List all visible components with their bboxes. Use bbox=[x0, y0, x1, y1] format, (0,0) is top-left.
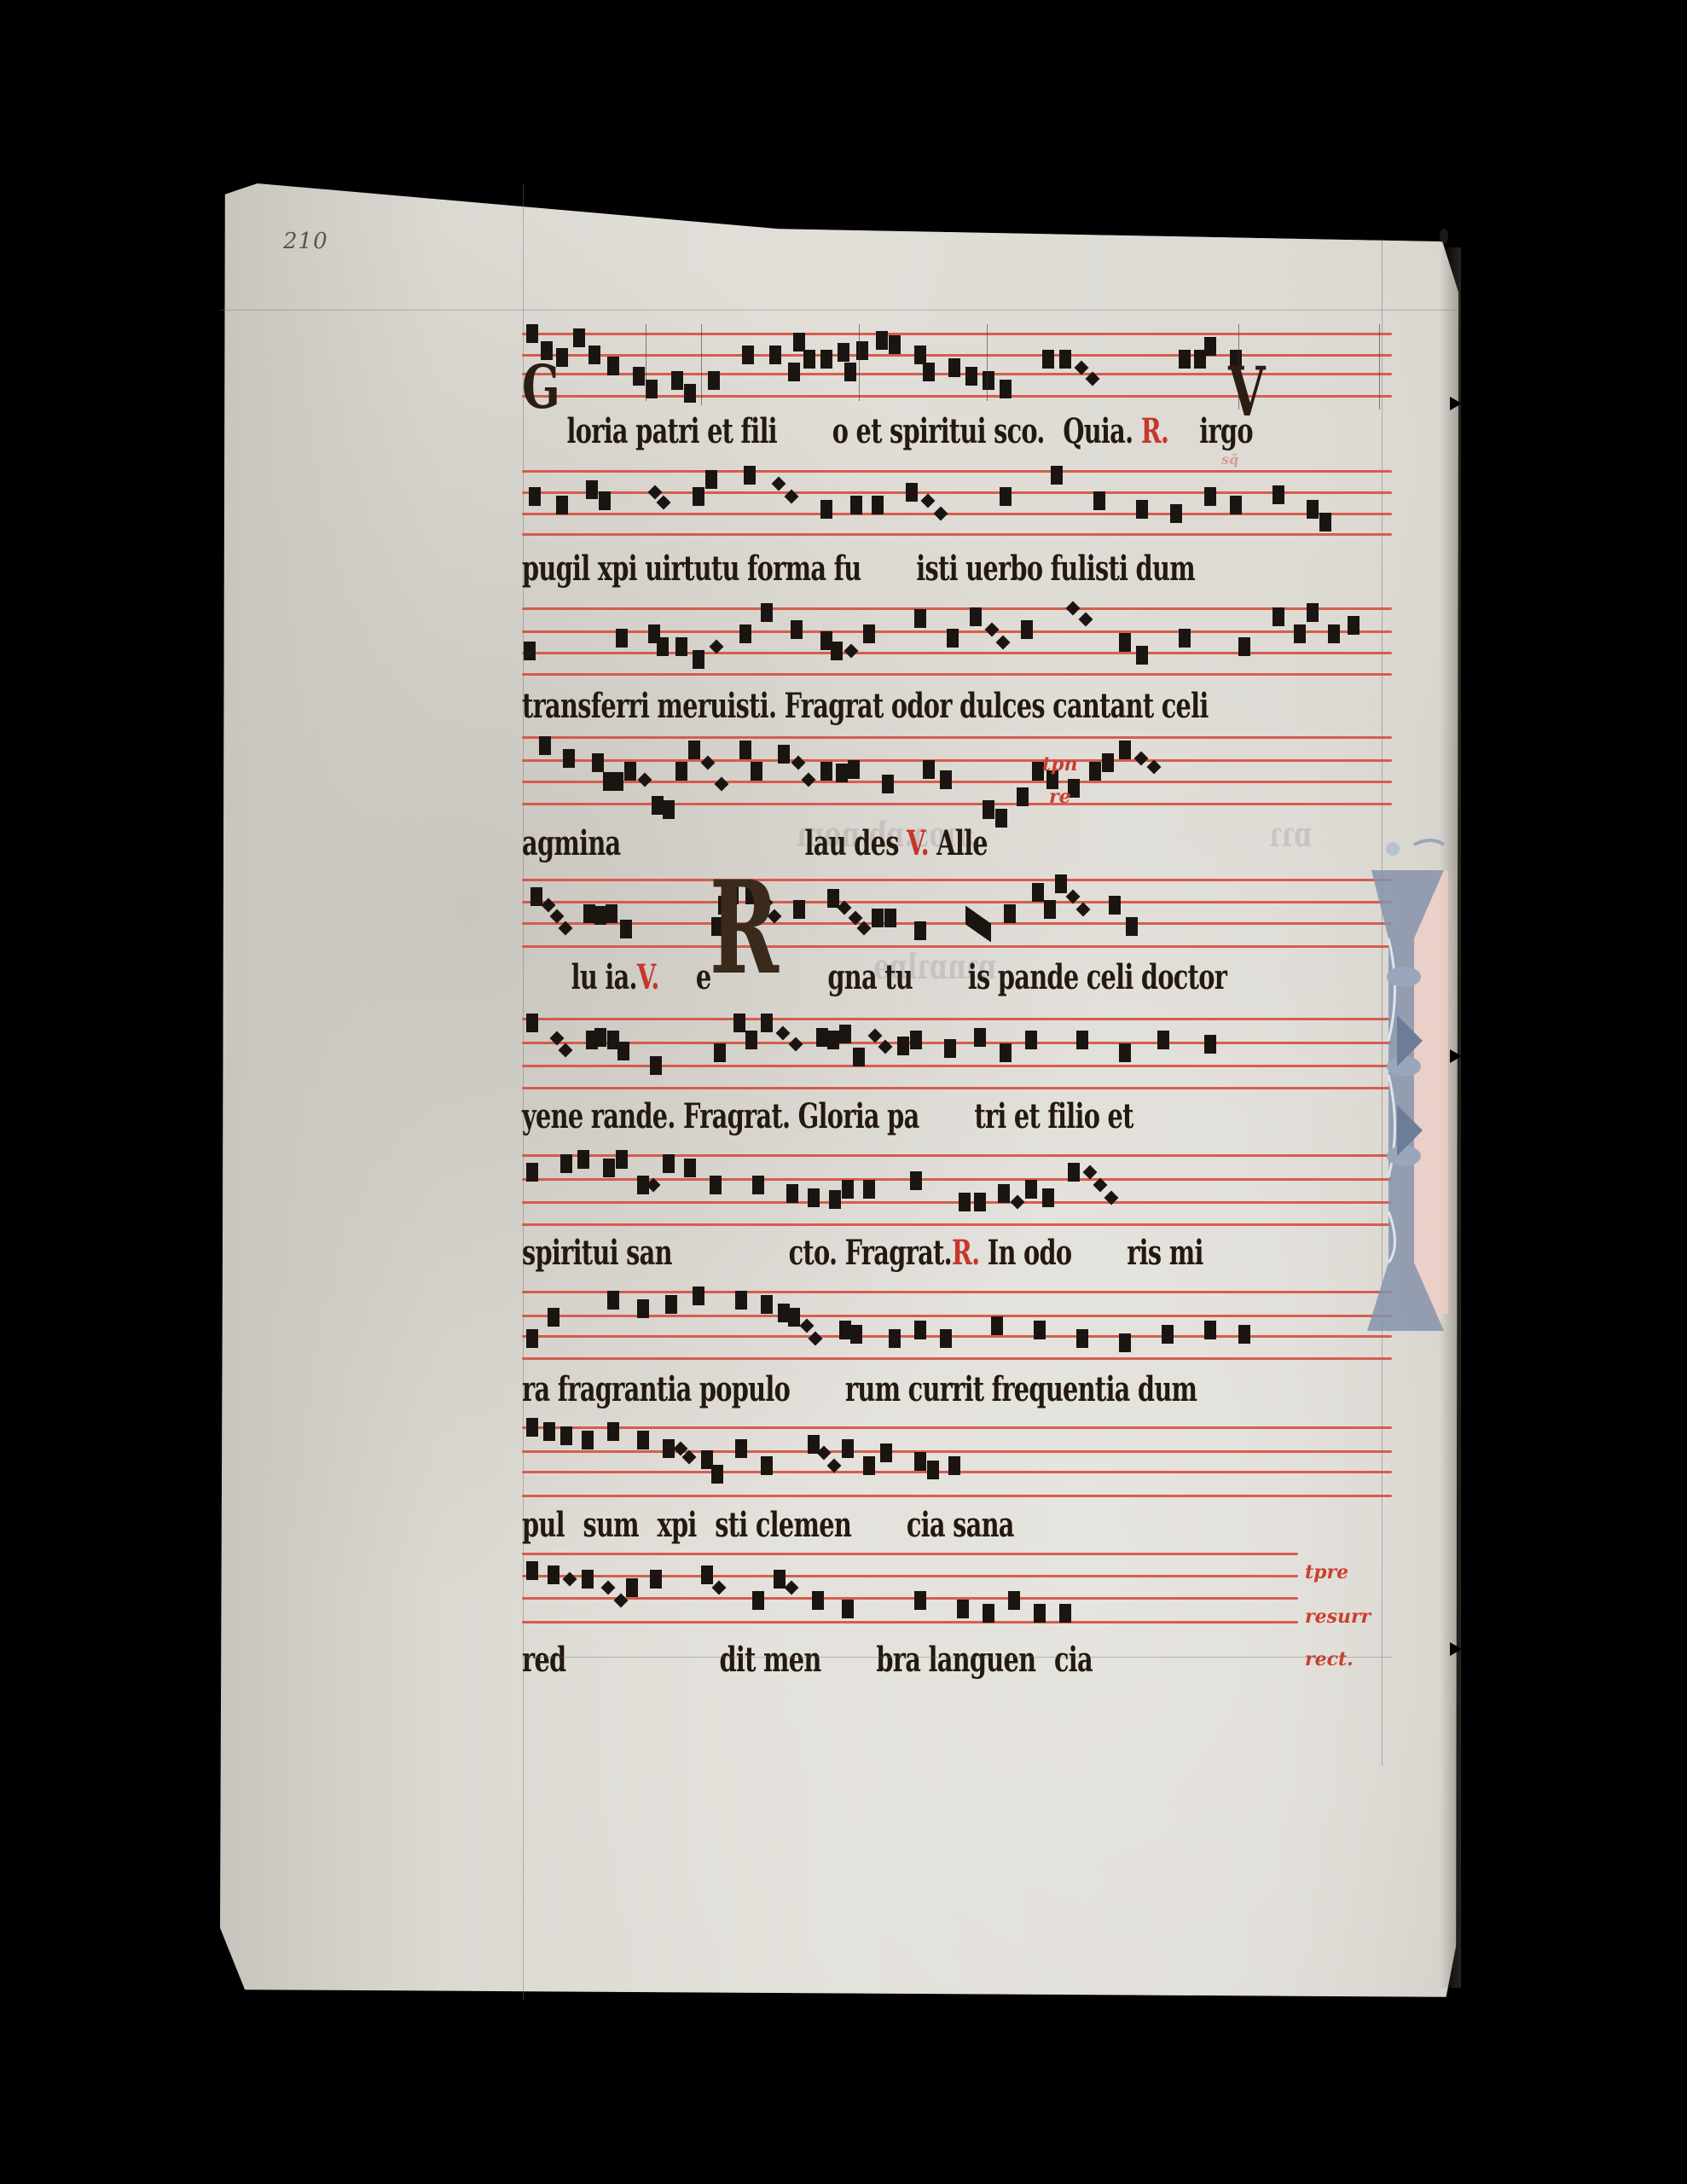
lyric-fragment: sti clemen bbox=[715, 1505, 851, 1545]
lyric-fragment: dit men bbox=[719, 1640, 820, 1680]
edge-notch bbox=[1450, 397, 1462, 410]
lyric-fragment: bra languen bbox=[876, 1640, 1035, 1680]
music-system-10: reddit menbra languencia tpre resurr rec… bbox=[522, 1553, 1392, 1690]
music-system-2: pugil xpi uirtutu forma fuisti uerbo ful… bbox=[522, 462, 1392, 599]
ruling-line-top bbox=[220, 310, 1457, 311]
lyric-fragment: gna tu bbox=[827, 957, 913, 997]
music-system-4: agminalau des V. Alle tpn re bbox=[522, 736, 1392, 874]
music-system-6: yene rande. Fragrat. Gloria patri et fil… bbox=[522, 1009, 1392, 1147]
rubric-responsory-mark: R. bbox=[952, 1233, 980, 1273]
music-system-9: pulsumxpisti clemencia sana bbox=[522, 1418, 1392, 1555]
lyric-fragment: xpi bbox=[658, 1505, 697, 1545]
ruling-line-bottom bbox=[522, 1657, 1392, 1658]
lyric-fragment: transferri meruisti. bbox=[522, 686, 776, 726]
lyrics-line-9: pulsumxpisti clemencia sana bbox=[522, 1505, 1014, 1545]
lyric-fragment: spiritui san bbox=[522, 1233, 672, 1273]
lyric-fragment: ra fragrantia populo bbox=[522, 1369, 790, 1409]
lyric-fragment: In odo bbox=[988, 1233, 1072, 1273]
lyric-fragment: cto. Fragrat. bbox=[789, 1233, 952, 1273]
folio-number: 210 bbox=[283, 229, 328, 254]
lyric-fragment: rum currit frequentia dum bbox=[845, 1369, 1197, 1409]
lyric-fragment: isti uerbo fulisti dum bbox=[916, 549, 1195, 589]
margin-rubric: tpre bbox=[1305, 1561, 1348, 1583]
music-system-7: spiritui sancto. Fragrat.R. In odoris mi bbox=[522, 1146, 1392, 1283]
rubric-responsory-mark: R. bbox=[1141, 411, 1169, 451]
lyric-fragment: yene rande. bbox=[522, 1096, 675, 1136]
lyric-fragment: cia bbox=[1054, 1640, 1093, 1680]
lyrics-line-5: lu ia.V.egna tuis pande celi doctor bbox=[522, 957, 1226, 997]
margin-rubric: tpn bbox=[1042, 753, 1078, 775]
lyric-fragment: Quia. bbox=[1063, 411, 1133, 451]
lyrics-line-6: yene rande. Fragrat. Gloria patri et fil… bbox=[522, 1096, 1133, 1136]
rubric-versicle-mark: V. bbox=[907, 823, 929, 863]
lyric-fragment: Fragrat odor dulces cantant celi bbox=[785, 686, 1209, 726]
lyric-fragment: ris mi bbox=[1127, 1233, 1203, 1273]
lyric-fragment: tri et filio et bbox=[974, 1096, 1133, 1136]
lyric-fragment: pul bbox=[522, 1505, 565, 1545]
lyric-fragment: agmina bbox=[522, 823, 620, 863]
lyric-fragment: loria patri et fili bbox=[567, 411, 777, 451]
initial-letter-r: R bbox=[710, 864, 779, 992]
music-system-3: transferri meruisti. Fragrat odor dulces… bbox=[522, 599, 1392, 736]
lyrics-line-2: pugil xpi uirtutu forma fuisti uerbo ful… bbox=[522, 549, 1195, 589]
lyric-fragment: e bbox=[696, 957, 711, 997]
lyric-fragment: red bbox=[522, 1640, 565, 1680]
initial-letter-g: G bbox=[522, 351, 560, 422]
lyric-fragment: Gloria pa bbox=[798, 1096, 919, 1136]
lyrics-line-1: loria patri et filio et spiritui sco.Qui… bbox=[522, 411, 1253, 451]
margin-rubric: re bbox=[1049, 786, 1071, 808]
lyric-fragment: cia sana bbox=[907, 1505, 1014, 1545]
decorated-initial-i bbox=[1363, 819, 1452, 1348]
lyric-fragment: lu ia. bbox=[571, 957, 637, 997]
lyric-fragment: sum bbox=[583, 1505, 638, 1545]
lyric-fragment: lau des bbox=[804, 823, 898, 863]
rubric-versicle-mark: V. bbox=[637, 957, 659, 997]
edge-notch bbox=[1450, 1642, 1462, 1656]
lyrics-line-10: reddit menbra languencia bbox=[522, 1640, 1093, 1680]
music-system-5: lu ia.V.egna tuis pande celi doctor bbox=[522, 870, 1392, 1008]
initial-letter-v: V bbox=[1228, 351, 1265, 432]
lyric-fragment: is pande celi doctor bbox=[968, 957, 1226, 997]
faded-rubric: sq̃ bbox=[1221, 451, 1238, 468]
music-system-8: ra fragrantia populorum currit frequenti… bbox=[522, 1282, 1392, 1420]
stain-mark bbox=[1440, 229, 1448, 244]
lyric-fragment: o et spiritui sco. bbox=[832, 411, 1045, 451]
lyrics-line-8: ra fragrantia populorum currit frequenti… bbox=[522, 1369, 1197, 1409]
lyric-fragment: Fragrat. bbox=[683, 1096, 790, 1136]
lyric-fragment: Alle bbox=[936, 823, 988, 863]
lyrics-line-7: spiritui sancto. Fragrat.R. In odoris mi bbox=[522, 1233, 1203, 1273]
margin-rubric: rect. bbox=[1305, 1648, 1354, 1670]
lyric-fragment: pugil xpi uirtutu forma fu bbox=[522, 549, 861, 589]
margin-rubric: resurr bbox=[1305, 1606, 1371, 1628]
lyrics-line-3: transferri meruisti. Fragrat odor dulces… bbox=[522, 686, 1209, 726]
